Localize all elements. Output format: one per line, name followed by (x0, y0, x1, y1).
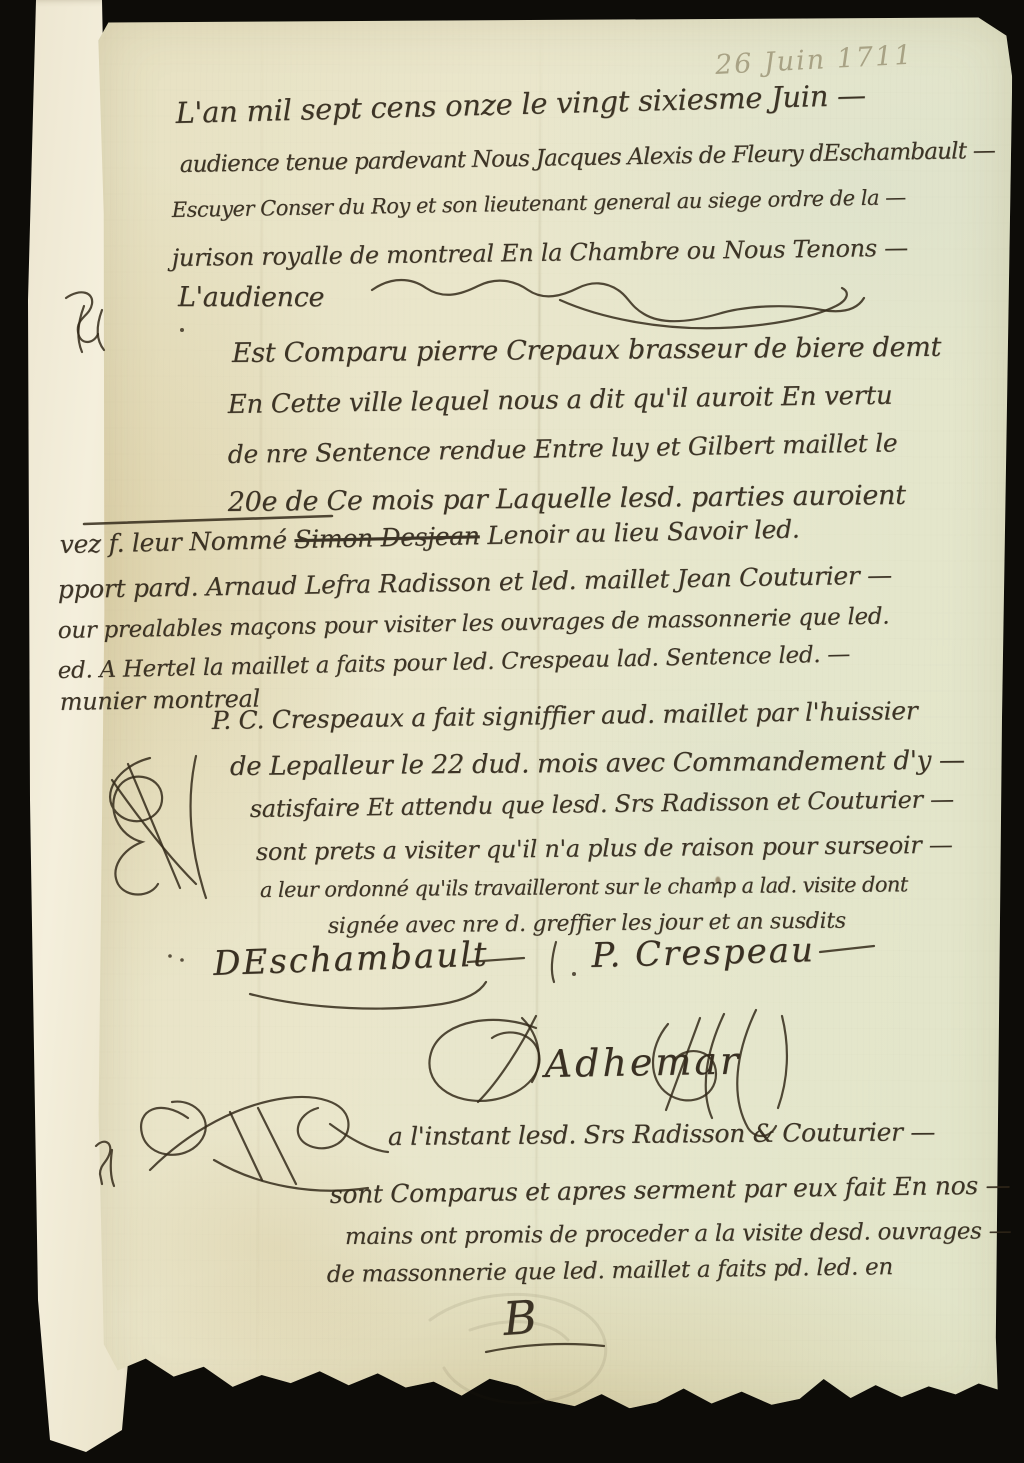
manuscript-line: Est Comparu pierre Crepaux brasseur de b… (232, 332, 942, 369)
manuscript-line: a l'instant lesd. Srs Radisson & Couturi… (388, 1117, 935, 1151)
bottom-paraph-letter: B (501, 1290, 538, 1346)
signature-adhemar: Adhemar (544, 1039, 741, 1086)
struck-out-name: Simon Desjean (294, 521, 480, 554)
line-segment: vez f. leur Nommé (59, 525, 294, 559)
manuscript-line: L'audience (178, 282, 324, 313)
manuscript-line: de Lepalleur le 22 dud. mois avec Comman… (230, 746, 965, 782)
manuscript-scan: 26 Juin 1711 L'an mil sept cens onze le … (0, 0, 1024, 1463)
signature-crespeau: P. Crespeau (591, 930, 815, 976)
